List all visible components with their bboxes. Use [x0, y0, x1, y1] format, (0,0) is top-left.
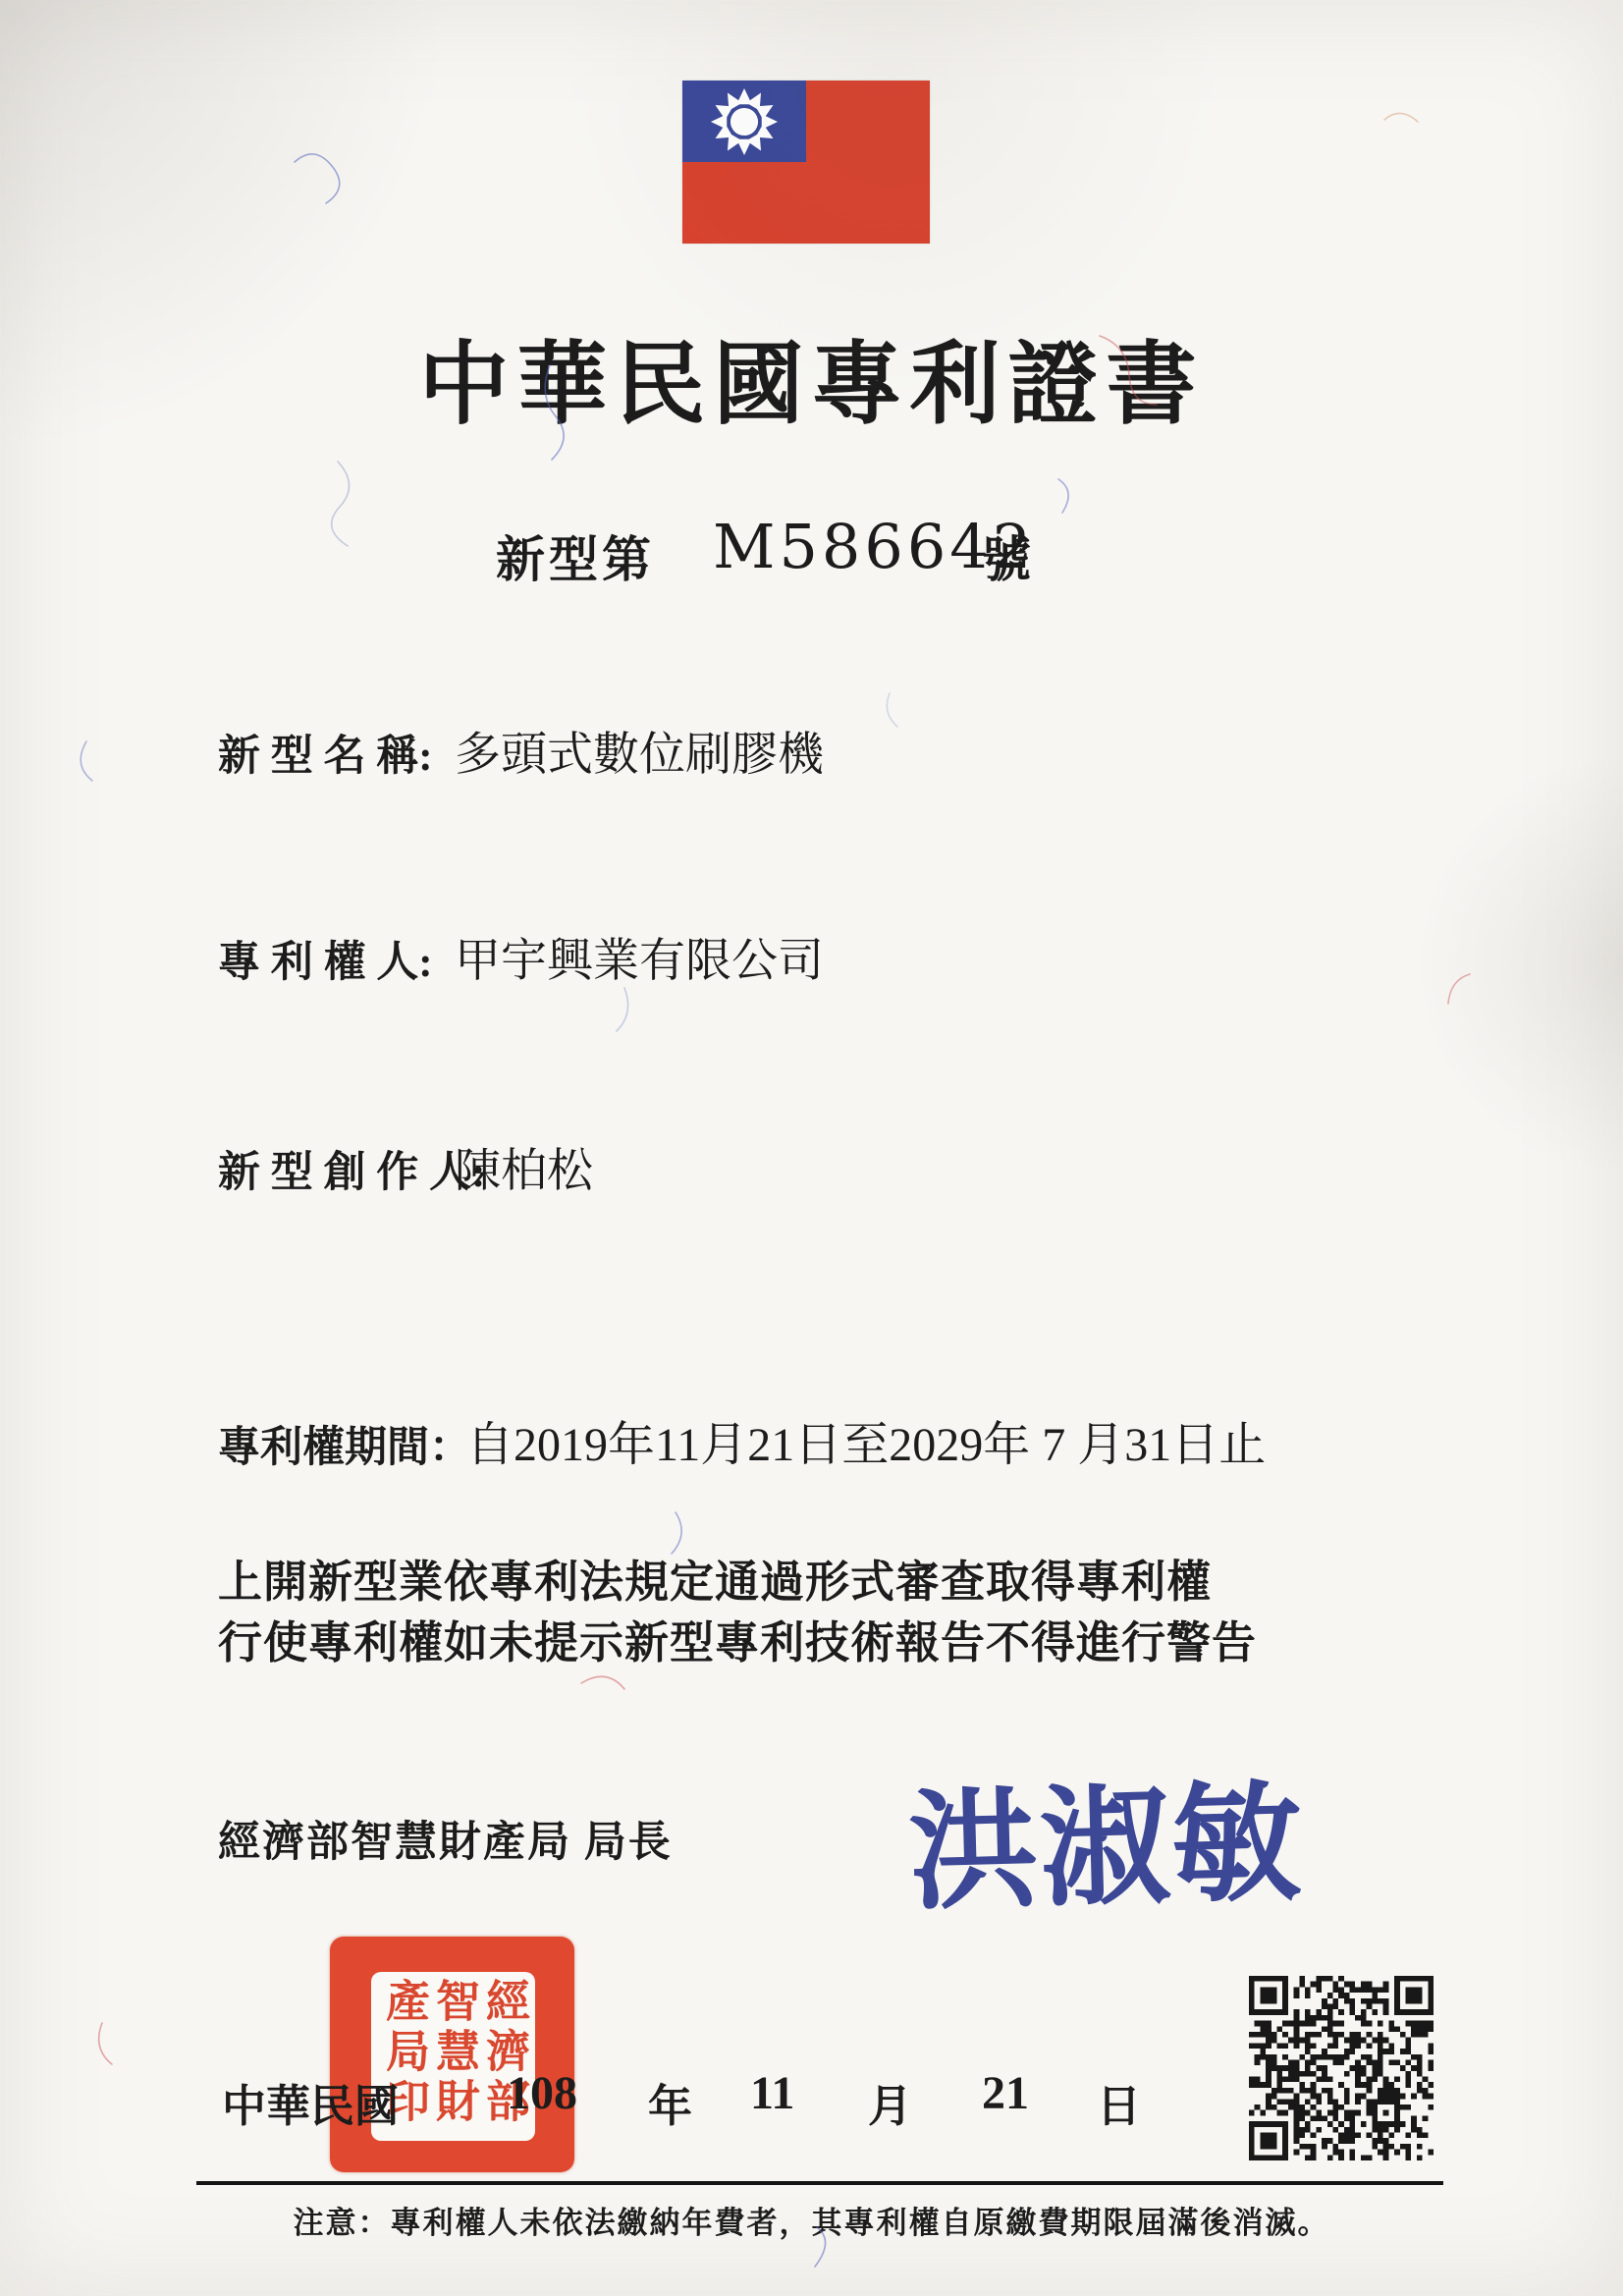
date-month: 11: [750, 2066, 794, 2120]
official-seal: 經濟部 智慧財 產局印: [330, 1937, 574, 2172]
patentee-label: 專 利 權 人:: [218, 929, 433, 989]
white-sun-icon: [708, 85, 781, 158]
footer-divider: [196, 2181, 1443, 2185]
creator-value: 陳柏松: [455, 1134, 593, 1200]
patentee-value: 甲宇興業有限公司: [455, 924, 824, 990]
patent-term-value: 自2019年11月21日至2029年 7 月31日止: [466, 1406, 1266, 1474]
legal-notice-line-1: 上開新型業依專利法規定通過形式審查取得專利權: [218, 1552, 1257, 1613]
patent-term-label: 專利權期間：: [218, 1414, 471, 1474]
date-year-label: 年: [648, 2070, 692, 2134]
patent-number-prefix: 新型第: [496, 520, 655, 591]
director-signature: 洪淑敏: [906, 1738, 1306, 1935]
date-era: 中華民國: [222, 2070, 399, 2134]
seal-column-middle: 智慧財: [431, 1978, 475, 2135]
legal-notice: 上開新型業依專利法規定通過形式審查取得專利權 行使專利權如未提示新型專利技術報告…: [218, 1552, 1257, 1673]
flag-canton: [682, 81, 806, 162]
legal-notice-line-2: 行使專利權如未提示新型專利技術報告不得進行警告: [218, 1613, 1257, 1673]
date-day: 21: [982, 2066, 1029, 2120]
footer-note: 注意：專利權人未依法繳納年費者，其專利權自原繳費期限屆滿後消滅。: [0, 2198, 1623, 2242]
issuer-office-title: 經濟部智慧財產局 局長: [218, 1809, 673, 1869]
patent-certificate-page: 中華民國專利證書 新型第 M586642 號 新 型 名 稱: 多頭式數位刷膠機…: [0, 0, 1623, 2296]
qr-code: [1249, 1976, 1434, 2160]
patent-number-suffix: 號: [982, 520, 1031, 591]
model-name-value: 多頭式數位刷膠機: [455, 718, 824, 784]
model-name-label: 新 型 名 稱:: [218, 723, 433, 783]
date-year: 108: [507, 2066, 577, 2120]
certificate-title: 中華民國專利證書: [0, 312, 1623, 442]
date-day-label: 日: [1097, 2070, 1141, 2134]
taiwan-flag: [682, 81, 930, 244]
date-month-label: 月: [868, 2070, 912, 2134]
creator-label: 新 型 創 作 人:: [218, 1139, 485, 1199]
